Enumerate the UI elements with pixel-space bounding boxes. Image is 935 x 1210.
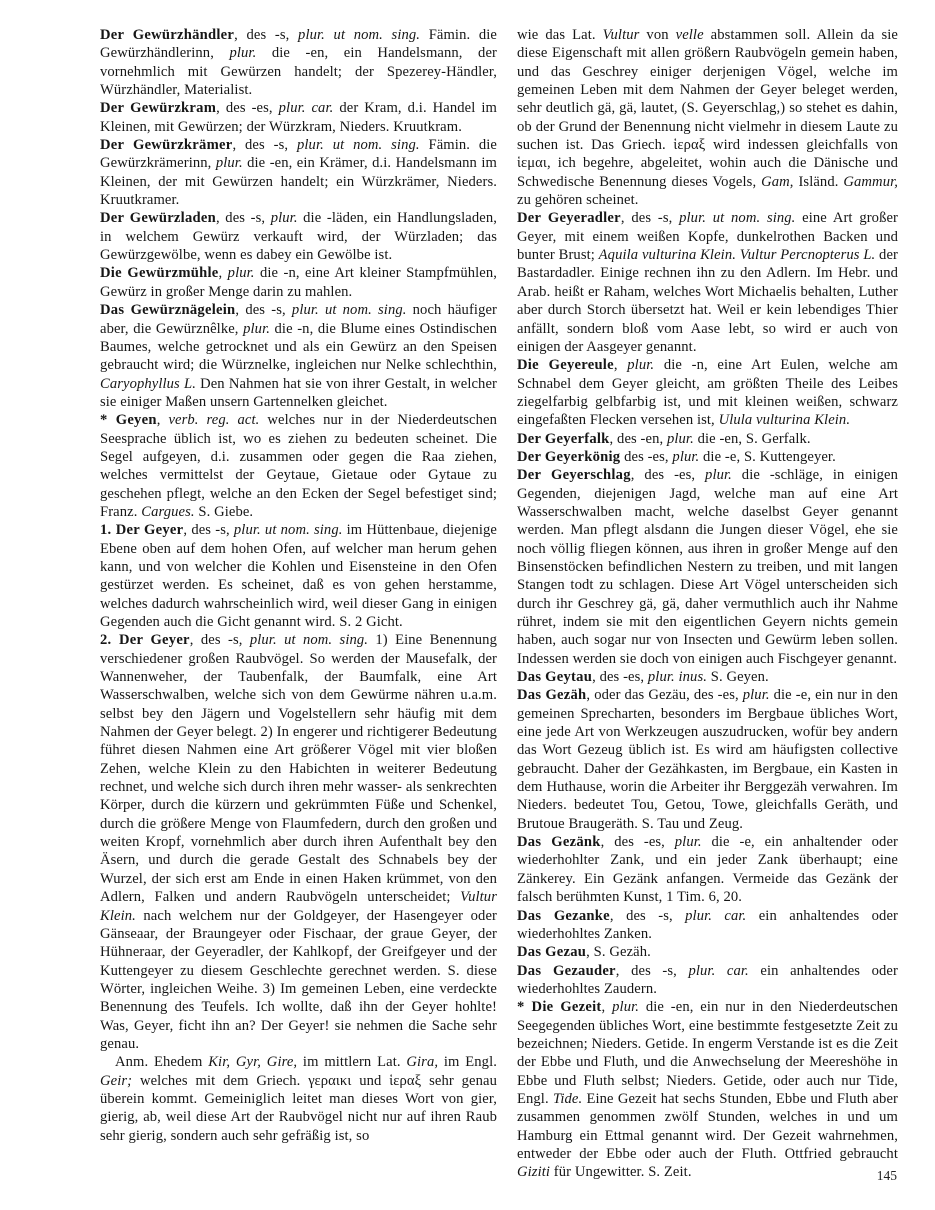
entry-text: , des -s, bbox=[190, 632, 250, 648]
entry-italic-term: plur. ut nom. sing. bbox=[679, 210, 795, 226]
dictionary-entry: Das Gezäh, oder das Gezäu, des -es, plur… bbox=[517, 686, 898, 833]
entry-italic-term: Tide. bbox=[553, 1091, 582, 1107]
entry-text: , des -s, bbox=[183, 522, 234, 538]
entry-headword: 1. Der Geyer bbox=[100, 522, 183, 538]
entry-text: , oder das Gezäu, des -es, bbox=[586, 687, 742, 703]
entry-italic-term: plur. ut nom. sing. bbox=[234, 522, 343, 538]
entry-text: im Engl. bbox=[438, 1054, 497, 1070]
dictionary-entry: 1. Der Geyer, des -s, plur. ut nom. sing… bbox=[100, 521, 497, 631]
entry-italic-term: plur. bbox=[667, 431, 694, 447]
entry-italic-term: plur. car. bbox=[688, 963, 748, 979]
dictionary-entry: Der Gewürzladen, des -s, plur. die -läde… bbox=[100, 209, 497, 264]
entry-headword: * Die Gezeit bbox=[517, 999, 602, 1015]
entry-italic-term: Geir; bbox=[100, 1073, 132, 1089]
entry-text: , des -s, bbox=[610, 908, 685, 924]
entry-text: zu gehören scheinet. bbox=[517, 192, 639, 208]
dictionary-entry: Das Gezanke, des -s, plur. car. ein anha… bbox=[517, 907, 898, 944]
entry-text: der Bastardadler. Einige rechnen ihn zu … bbox=[517, 247, 898, 355]
entry-text: welches mit dem Griech. γεραικι und ἱερα… bbox=[100, 1073, 497, 1144]
entry-text: im Hüttenbaue, diejenige Ebene oben auf … bbox=[100, 522, 497, 630]
entry-headword: 2. Der Geyer bbox=[100, 632, 190, 648]
dictionary-entry: Das Gezänk, des -es, plur. die -e, ein a… bbox=[517, 833, 898, 906]
dictionary-entry: Das Gezauder, des -s, plur. car. ein anh… bbox=[517, 962, 898, 999]
entry-text: S. Geyen. bbox=[707, 669, 769, 685]
entry-italic-term: plur. ut nom. sing. bbox=[250, 632, 368, 648]
entry-text: die -e, ein nur in den gemeinen Sprechar… bbox=[517, 687, 898, 831]
entry-italic-term: Vultur bbox=[603, 27, 640, 43]
entry-text: nach welchem nur der Goldgeyer, der Hase… bbox=[100, 908, 497, 1052]
entry-headword: Die Gewürzmühle bbox=[100, 265, 219, 281]
entry-headword: Der Gewürzhändler bbox=[100, 27, 234, 43]
entry-italic-term: Aquila vulturina Klein. Vultur Percnopte… bbox=[599, 247, 876, 263]
entry-text: , des -es, bbox=[216, 100, 279, 116]
entry-text: , bbox=[219, 265, 228, 281]
entry-italic-term: plur. bbox=[612, 999, 639, 1015]
entry-italic-term: plur. bbox=[271, 210, 298, 226]
entry-headword: Das Gezau bbox=[517, 944, 586, 960]
entry-italic-term: plur. bbox=[705, 467, 732, 483]
entry-text: 1) Eine Benennung verschiedener großen R… bbox=[100, 632, 497, 905]
entry-headword: Die Geyereule bbox=[517, 357, 614, 373]
dictionary-entry: * Geyen, verb. reg. act. welches nur in … bbox=[100, 411, 497, 521]
entry-italic-term: plur. bbox=[228, 265, 255, 281]
dictionary-entry: Der Geyerschlag, des -es, plur. die -sch… bbox=[517, 466, 898, 668]
entry-text: , bbox=[602, 999, 613, 1015]
dictionary-entry: Der Gewürzkrämer, des -s, plur. ut nom. … bbox=[100, 136, 497, 209]
entry-text: wie das Lat. bbox=[517, 27, 603, 43]
dictionary-entry: Der Geyerkönig des -es, plur. die -e, S.… bbox=[517, 448, 898, 466]
dictionary-page: Der Gewürzhändler, des -s, plur. ut nom.… bbox=[0, 0, 935, 1210]
right-column: wie das Lat. Vultur von velle abstammen … bbox=[517, 26, 898, 1182]
entry-italic-term: plur. bbox=[229, 45, 256, 61]
entry-italic-term: Gam, bbox=[761, 174, 793, 190]
entry-text: , des -es, bbox=[631, 467, 705, 483]
dictionary-entry: Der Gewürzkram, des -es, plur. car. der … bbox=[100, 99, 497, 136]
entry-text: , des -s, bbox=[616, 963, 689, 979]
entry-italic-term: plur. bbox=[672, 449, 699, 465]
entry-text: , des -s, bbox=[621, 210, 679, 226]
entry-italic-term: plur. car. bbox=[279, 100, 334, 116]
entry-text: von bbox=[639, 27, 675, 43]
entry-text: , S. Gezäh. bbox=[586, 944, 651, 960]
entry-italic-term: Ulula vulturina Klein. bbox=[719, 412, 851, 428]
entry-text: , bbox=[614, 357, 627, 373]
dictionary-entry: Das Geytau, des -es, plur. inus. S. Geye… bbox=[517, 668, 898, 686]
entry-headword: Der Gewürzkram bbox=[100, 100, 216, 116]
entry-text: Isländ. bbox=[794, 174, 844, 190]
entry-headword: Der Geyerkönig bbox=[517, 449, 620, 465]
entry-text: im mittlern Lat. bbox=[297, 1054, 406, 1070]
entry-italic-term: plur. bbox=[675, 834, 702, 850]
dictionary-entry: Die Gewürzmühle, plur. die -n, eine Art … bbox=[100, 264, 497, 301]
entry-italic-term: plur. bbox=[743, 687, 770, 703]
entry-text: , des -s, bbox=[232, 137, 297, 153]
entry-text: S. Giebe. bbox=[195, 504, 254, 520]
entry-italic-term: plur. car. bbox=[685, 908, 746, 924]
entry-text: , des -en, bbox=[610, 431, 667, 447]
entry-headword: Der Gewürzladen bbox=[100, 210, 216, 226]
entry-text: die -en, S. Gerfalk. bbox=[694, 431, 811, 447]
dictionary-entry: Das Gezau, S. Gezäh. bbox=[517, 943, 898, 961]
left-column: Der Gewürzhändler, des -s, plur. ut nom.… bbox=[100, 26, 497, 1145]
entry-italic-term: Cargues. bbox=[141, 504, 194, 520]
entry-italic-term: verb. reg. act. bbox=[168, 412, 259, 428]
entry-italic-term: plur. ut nom. sing. bbox=[292, 302, 407, 318]
entry-headword: Das Geytau bbox=[517, 669, 592, 685]
entry-text: , bbox=[157, 412, 169, 428]
entry-italic-term: plur. ut nom. sing. bbox=[297, 137, 420, 153]
dictionary-entry: Der Geyerfalk, des -en, plur. die -en, S… bbox=[517, 430, 898, 448]
dictionary-entry: * Die Gezeit, plur. die -en, ein nur in … bbox=[517, 998, 898, 1181]
entry-headword: Der Geyeradler bbox=[517, 210, 621, 226]
dictionary-entry: Anm. Ehedem Kir, Gyr, Gire, im mittlern … bbox=[100, 1053, 497, 1145]
entry-italic-term: plur. bbox=[216, 155, 243, 171]
entry-headword: Das Gezäh bbox=[517, 687, 586, 703]
entry-headword: Der Gewürzkrämer bbox=[100, 137, 232, 153]
dictionary-entry: Das Gewürznägelein, des -s, plur. ut nom… bbox=[100, 301, 497, 411]
dictionary-entry: wie das Lat. Vultur von velle abstammen … bbox=[517, 26, 898, 209]
entry-text: des -es, bbox=[620, 449, 672, 465]
entry-headword: Das Gewürznägelein bbox=[100, 302, 235, 318]
entry-text: die -schläge, in einigen Gegenden, dieje… bbox=[517, 467, 898, 666]
entry-text: , des -s, bbox=[234, 27, 298, 43]
entry-italic-term: Gira, bbox=[406, 1054, 438, 1070]
entry-headword: Der Geyerfalk bbox=[517, 431, 610, 447]
entry-text: , des -s, bbox=[235, 302, 292, 318]
entry-italic-term: plur. inus. bbox=[648, 669, 707, 685]
entry-italic-term: Kir, Gyr, Gire, bbox=[208, 1054, 297, 1070]
dictionary-entry: Der Geyeradler, des -s, plur. ut nom. si… bbox=[517, 209, 898, 356]
entry-text: , des -es, bbox=[592, 669, 648, 685]
entry-text: für Ungewitter. S. Zeit. bbox=[550, 1164, 692, 1180]
dictionary-entry: Der Gewürzhändler, des -s, plur. ut nom.… bbox=[100, 26, 497, 99]
entry-headword: Das Gezänk bbox=[517, 834, 601, 850]
entry-italic-term: Caryophyllus L. bbox=[100, 376, 196, 392]
entry-headword: * Geyen bbox=[100, 412, 157, 428]
entry-text: Anm. Ehedem bbox=[115, 1054, 208, 1070]
entry-headword: Das Gezauder bbox=[517, 963, 616, 979]
dictionary-entry: Die Geyereule, plur. die -n, eine Art Eu… bbox=[517, 356, 898, 429]
entry-text: , des -es, bbox=[601, 834, 675, 850]
entry-text: abstammen soll. Allein da sie diese Eige… bbox=[517, 27, 898, 190]
entry-italic-term: velle bbox=[676, 27, 704, 43]
entry-text: die -e, S. Kuttengeyer. bbox=[699, 449, 836, 465]
dictionary-entry: 2. Der Geyer, des -s, plur. ut nom. sing… bbox=[100, 631, 497, 1053]
entry-headword: Der Geyerschlag bbox=[517, 467, 631, 483]
page-number: 145 bbox=[877, 1168, 897, 1184]
entry-text: , des -s, bbox=[216, 210, 271, 226]
entry-italic-term: Giziti bbox=[517, 1164, 550, 1180]
entry-italic-term: plur. ut nom. sing. bbox=[298, 27, 420, 43]
entry-italic-term: plur. bbox=[627, 357, 654, 373]
entry-italic-term: plur. bbox=[243, 321, 270, 337]
entry-headword: Das Gezanke bbox=[517, 908, 610, 924]
entry-italic-term: Gammur, bbox=[843, 174, 898, 190]
